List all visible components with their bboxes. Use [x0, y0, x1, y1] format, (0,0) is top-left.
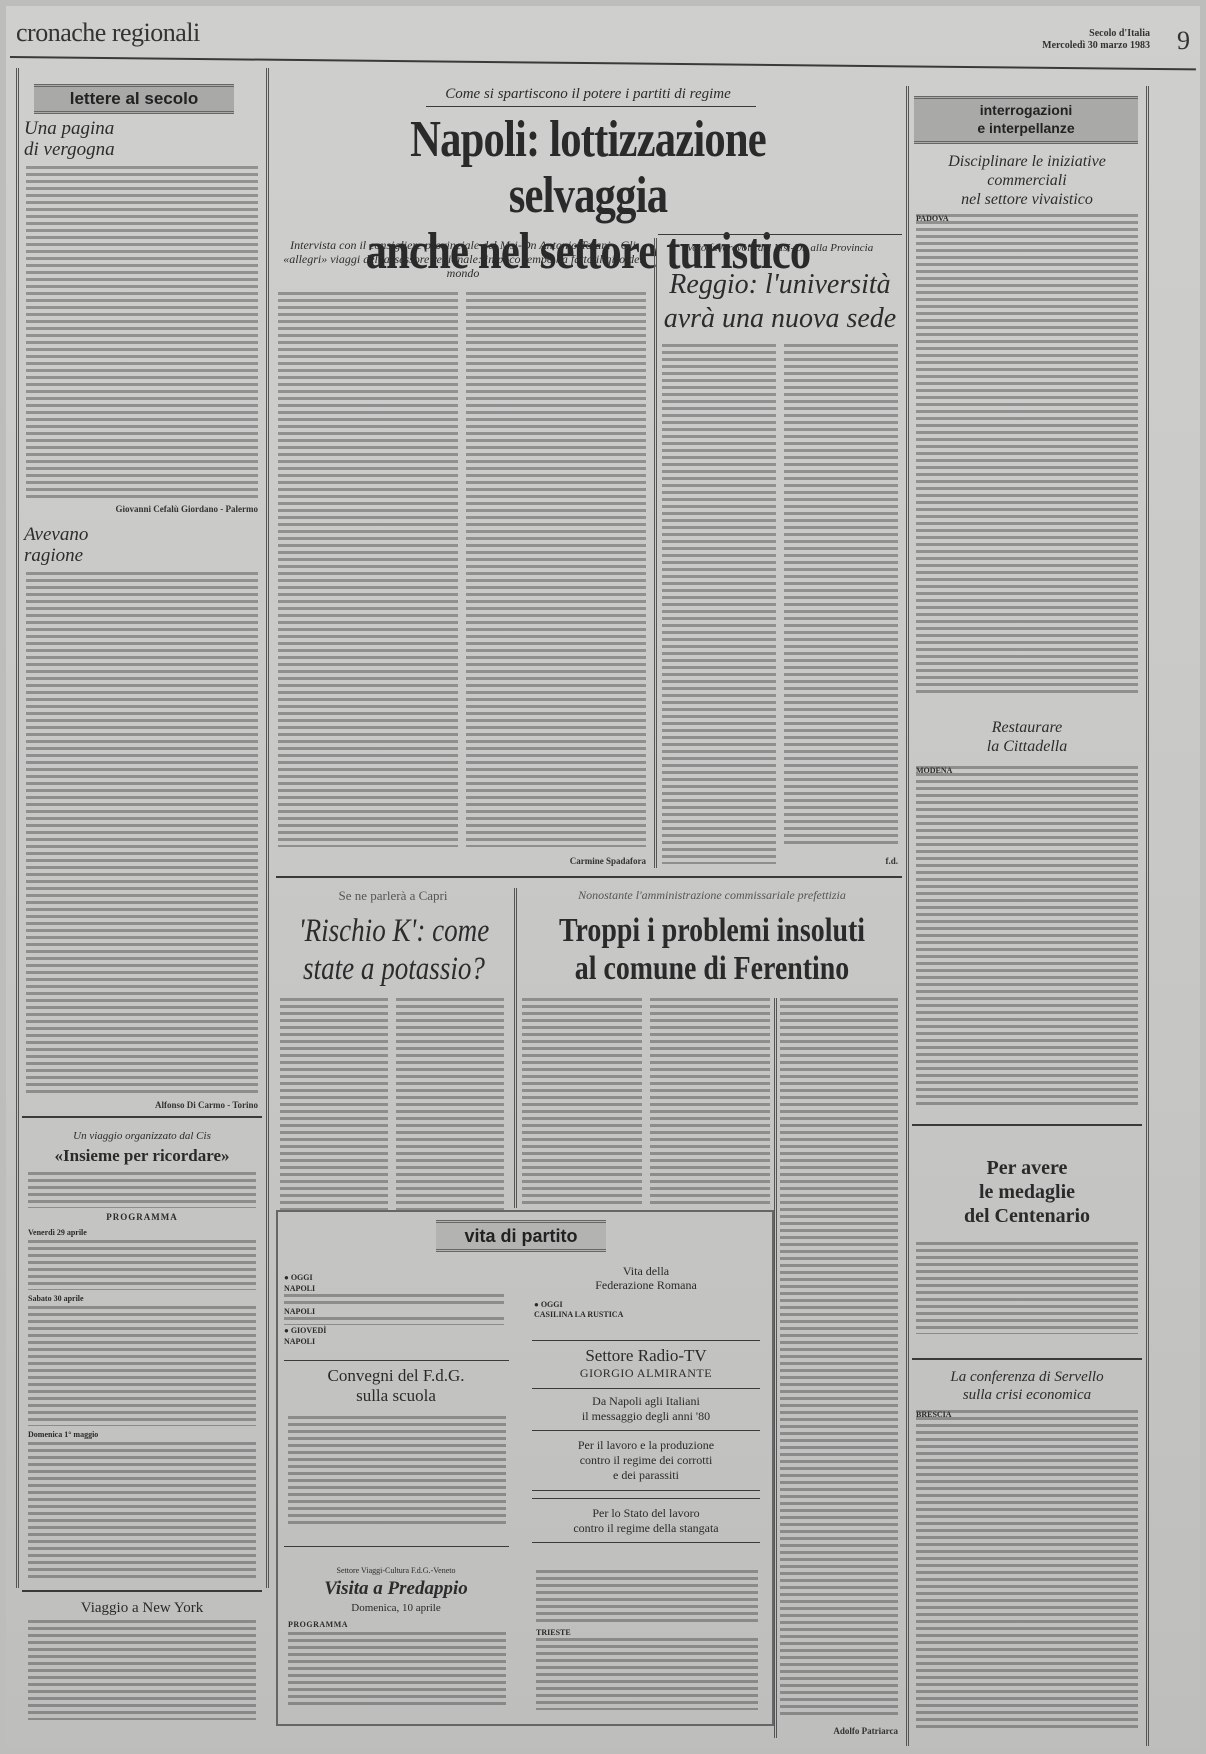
interrogazioni-rubric: interrogazioni e interpellanze: [914, 96, 1138, 144]
medals-headline: Per avere le medaglie del Centenario: [912, 1156, 1142, 1228]
trip-day-3: Domenica 1° maggio: [28, 1430, 98, 1439]
trip-day-1: Venerdì 29 aprile: [28, 1228, 87, 1237]
main-body-col-2: [466, 292, 646, 847]
letter-1-signature: Giovanni Cefalù Giordano - Palermo: [26, 504, 258, 514]
reggio-signature: f.d.: [784, 856, 898, 866]
radio-tv-title: Settore Radio-TV: [532, 1346, 760, 1365]
trip-title: «Insieme per ricordare»: [22, 1146, 262, 1166]
reggio-top-rule: [658, 234, 902, 235]
predappio-kicker: Settore Viaggi-Cultura F.d.G.-Veneto: [286, 1566, 506, 1575]
reggio-headline: Reggio: l'università avrà una nuova sede: [658, 268, 902, 336]
radio-rule-2: [532, 1430, 760, 1431]
message-1: Da Napoli agli Italiani il messaggio deg…: [532, 1394, 760, 1424]
reggio-body-col-1: [662, 344, 776, 864]
reggio-divider: [654, 238, 657, 868]
convegni-title: Convegni del F.d.G. sulla scuola: [286, 1366, 506, 1406]
trip-day-2: Sabato 30 aprile: [28, 1294, 84, 1303]
federation-rule: [532, 1340, 760, 1341]
main-signature: Carmine Spadafora: [466, 856, 646, 866]
ferentino-body-col-3: [780, 998, 898, 1718]
radio-rule-4: [532, 1498, 760, 1499]
predappio-program: [288, 1632, 506, 1708]
medals-body: [916, 1242, 1138, 1334]
main-body-col-1: [278, 292, 458, 847]
page-number: 9: [1177, 26, 1190, 56]
paper-name: Secolo d'Italia: [1042, 28, 1150, 40]
main-deck: Intervista con il consigliere provincial…: [278, 238, 648, 280]
reggio-body-col-2: [784, 344, 898, 844]
radio-rule-5: [532, 1542, 760, 1543]
letters-rubric: lettere al secolo: [34, 84, 234, 114]
masthead-info: Secolo d'Italia Mercoledì 30 marzo 1983: [1042, 28, 1150, 52]
letter-2-body: [26, 572, 258, 1096]
convegni-body: [288, 1416, 506, 1528]
left-border: [16, 68, 19, 1588]
newspaper-page: cronache regionali Secolo d'Italia Merco…: [6, 6, 1200, 1748]
party-notes-left: ● OGGI NAPOLI NAPOLI ● GIOVEDÌ NAPOLI: [284, 1272, 514, 1347]
predappio-date: Domenica, 10 aprile: [286, 1602, 506, 1614]
main-kicker: Come si spartiscono il potere i partiti …: [278, 86, 898, 103]
message-3: Per lo Stato del lavoro contro il regime…: [532, 1506, 760, 1536]
ferentino-body-col-2: [650, 998, 770, 1208]
mid-separator: [276, 876, 902, 878]
left-separator-2: [22, 1590, 262, 1592]
vivaistico-body: [916, 214, 1138, 694]
capri-body-col-2: [396, 998, 504, 1213]
ny-trip-body: [28, 1620, 256, 1720]
servello-body: [916, 1410, 1138, 1730]
letter-1-body: [26, 166, 258, 501]
ferentino-body-col-1: [522, 998, 642, 1208]
predappio-title: Visita a Predappio: [286, 1578, 506, 1600]
predappio-rule: [284, 1546, 509, 1547]
trieste-dateline: TRIESTE: [536, 1628, 571, 1637]
right-separator-1: [912, 1124, 1142, 1126]
ferentino-signature: Adolfo Patriarca: [780, 1726, 898, 1736]
masthead-rule: [10, 56, 1196, 70]
trip-day-3-items: [28, 1442, 256, 1582]
trieste-body: [536, 1638, 758, 1710]
ferentino-divider: [774, 998, 777, 1738]
predappio-program-label: PROGRAMMA: [288, 1620, 348, 1629]
radio-tv-body: [536, 1570, 758, 1622]
capri-body-col-1: [280, 998, 388, 1213]
radio-tv-name: GIORGIO ALMIRANTE: [532, 1366, 760, 1381]
cittadella-headline: Restaurare la Cittadella: [912, 718, 1142, 756]
trip-program-label: PROGRAMMA: [22, 1212, 262, 1222]
vivaistico-headline: Disciplinare le iniziative commerciali n…: [912, 152, 1142, 209]
main-kicker-rule: [426, 106, 756, 107]
letter-2-signature: Alfonso Di Carmo - Torino: [26, 1100, 258, 1110]
right-border: [1146, 86, 1149, 1746]
section-name: cronache regionali: [16, 18, 200, 48]
ny-trip-title: Viaggio a New York: [22, 1600, 262, 1617]
trip-kicker: Un viaggio organizzato dal Cis: [22, 1130, 262, 1142]
radio-rule-1: [532, 1388, 760, 1389]
capri-kicker: Se ne parlerà a Capri: [278, 888, 508, 904]
capri-headline: 'Rischio K': come state a potassio?: [276, 912, 512, 988]
radio-rule-3: [532, 1490, 760, 1491]
ferentino-kicker: Nonostante l'amministrazione commissaria…: [522, 888, 902, 903]
left-separator: [22, 1116, 262, 1118]
servello-headline: La conferenza di Servello sulla crisi ec…: [912, 1368, 1142, 1404]
cittadella-body: [916, 766, 1138, 1106]
reggio-kicker: Voto favorevole del Msi-Dn alla Provinci…: [660, 242, 900, 254]
left-column-divider: [266, 68, 269, 1588]
party-left-rule: [284, 1360, 509, 1361]
capri-divider: [514, 888, 517, 1208]
trip-day-2-items: [28, 1306, 256, 1426]
message-2: Per il lavoro e la produzione contro il …: [532, 1438, 760, 1483]
federation-title: Vita della Federazione Romana: [526, 1264, 766, 1292]
issue-date: Mercoledì 30 marzo 1983: [1042, 40, 1150, 52]
letter-2-title: Avevano ragione: [24, 524, 88, 566]
ferentino-headline: Troppi i problemi insoluti al comune di …: [518, 912, 906, 988]
party-life-rubric: vita di partito: [436, 1220, 606, 1252]
right-separator-2: [912, 1358, 1142, 1360]
federation-note: ● OGGI CASILINA LA RUSTICA: [534, 1300, 759, 1320]
trip-intro: [28, 1172, 256, 1208]
right-column-divider: [906, 86, 909, 1746]
letter-1-title: Una pagina di vergogna: [24, 118, 115, 160]
trip-day-1-items: [28, 1240, 256, 1290]
